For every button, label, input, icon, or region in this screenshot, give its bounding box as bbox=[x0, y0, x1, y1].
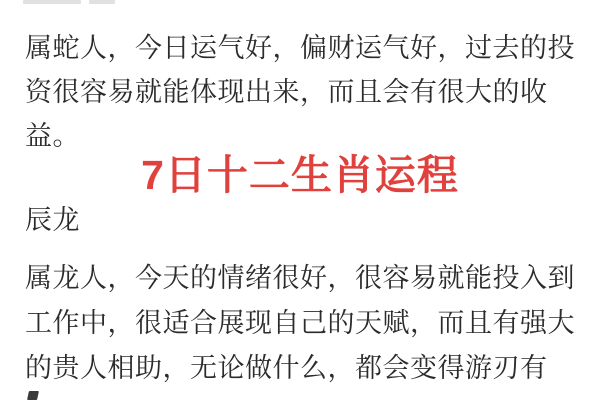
article-page: 属蛇人，今日运气好，偏财运气好，过去的投 资很容易就能体现出来，而且会有很大的收… bbox=[0, 0, 600, 400]
paragraph-line: 的贵人相助，无论做什么，都会变得游刃有 bbox=[25, 346, 585, 391]
clipped-character-remnant bbox=[23, 0, 81, 4]
paragraph-snake-fortune: 属蛇人，今日运气好，偏财运气好，过去的投 资很容易就能体现出来，而且会有很大的收… bbox=[25, 26, 585, 158]
paragraph-line: 资很容易就能体现出来，而且会有很大的收 bbox=[25, 70, 585, 114]
zodiac-subheading-dragon: 辰龙 bbox=[25, 198, 80, 242]
clipped-character-remnant bbox=[89, 0, 115, 4]
clipped-text-fragment-bottom bbox=[27, 391, 39, 400]
paragraph-line: 属蛇人，今日运气好，偏财运气好，过去的投 bbox=[25, 26, 585, 70]
article-heading: 7日十二生肖运程 bbox=[0, 150, 600, 200]
paragraph-line: 属龙人，今天的情绪很好，很容易就能投入到 bbox=[25, 256, 585, 301]
paragraph-dragon-fortune: 属龙人，今天的情绪很好，很容易就能投入到 工作中，很适合展现自己的天赋，而且有强… bbox=[25, 256, 585, 391]
paragraph-line: 工作中，很适合展现自己的天赋，而且有强大 bbox=[25, 301, 585, 346]
